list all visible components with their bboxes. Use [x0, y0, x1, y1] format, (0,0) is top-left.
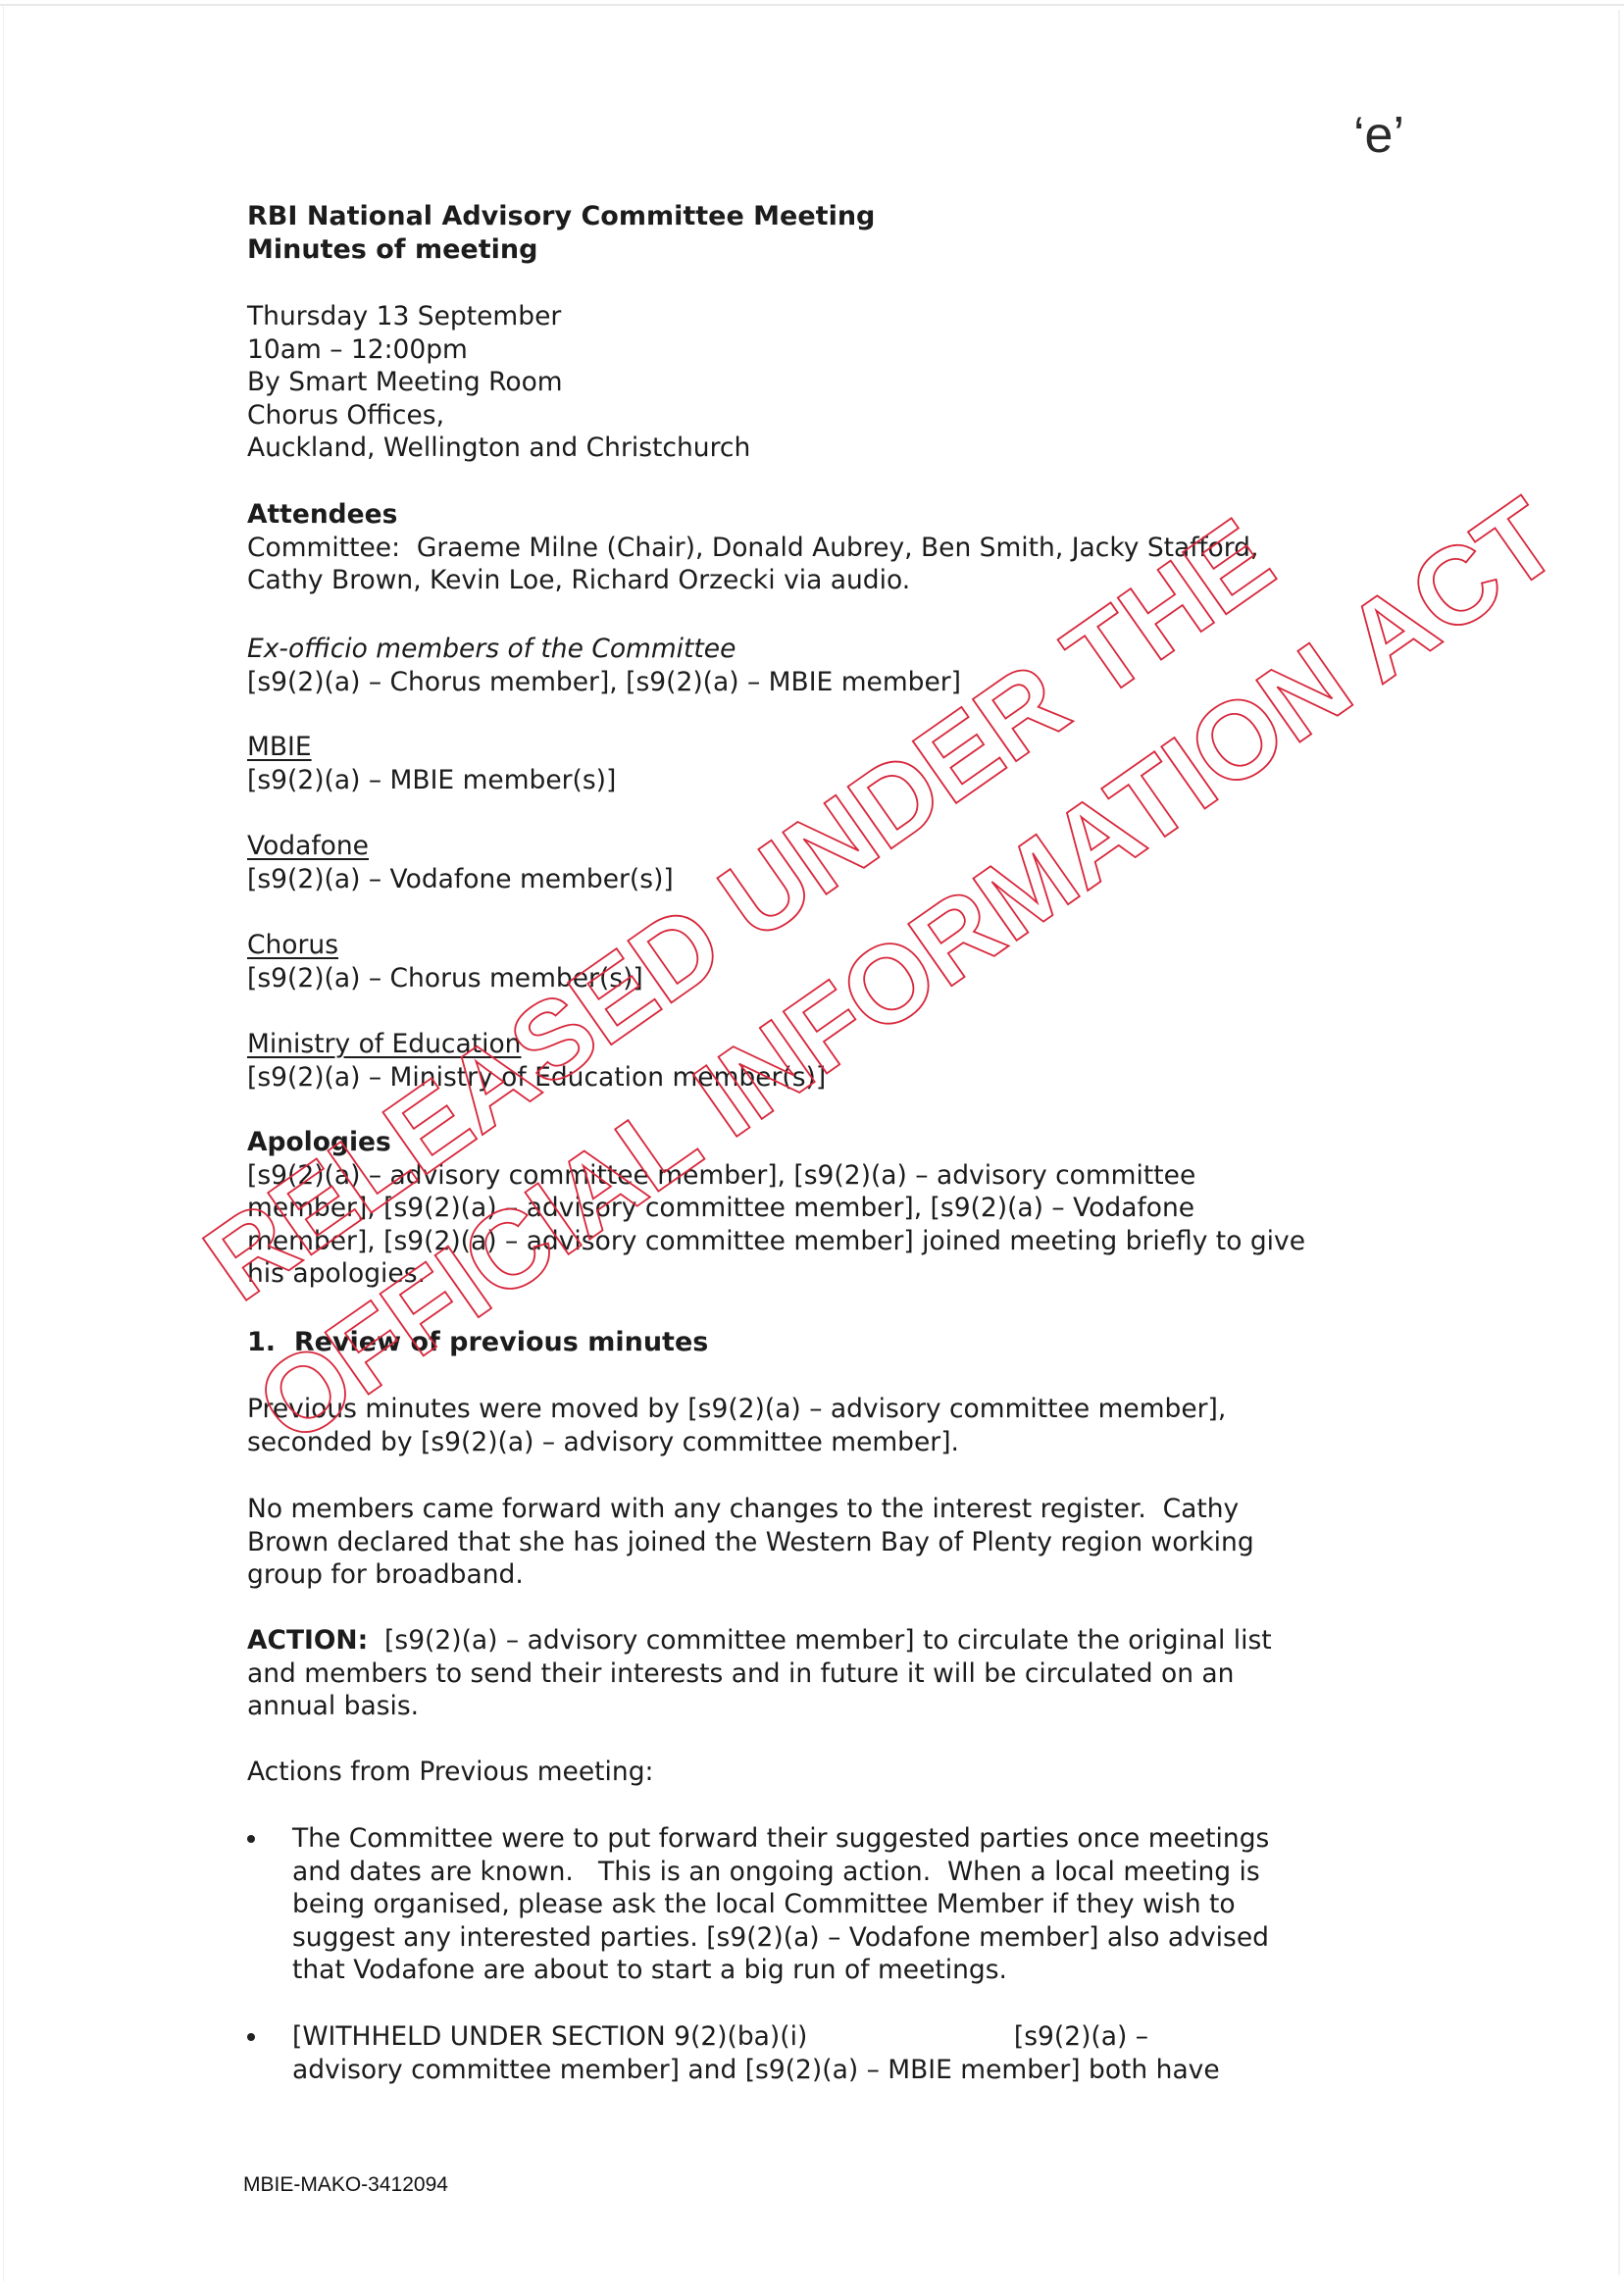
group-value: [s9(2)(a) – MBIE member(s)]: [247, 764, 616, 797]
document-header: RBI National Advisory Committee Meeting …: [247, 200, 875, 266]
apologies-section: Apologies [s9(2)(a) – advisory committee…: [247, 1126, 1305, 1291]
paragraph-line: Previous minutes were moved by [s9(2)(a)…: [247, 1393, 1226, 1426]
bullet-line: that Vodafone are about to start a big r…: [292, 1954, 1269, 1987]
action-text: [s9(2)(a) – advisory committee member] t…: [368, 1625, 1272, 1656]
ex-officio-section: Ex-officio members of the Committee [s9(…: [247, 633, 961, 698]
scan-border-right: [1618, 10, 1620, 2275]
actions-previous-label-block: Actions from Previous meeting:: [247, 1756, 653, 1789]
attendees-section: Attendees Committee: Graeme Milne (Chair…: [247, 498, 1258, 597]
scan-border-left: [3, 6, 4, 2281]
bullet-line: suggest any interested parties. [s9(2)(a…: [292, 1921, 1269, 1955]
action-text: annual basis.: [247, 1690, 1272, 1723]
committee-line: Cathy Brown, Kevin Loe, Richard Orzecki …: [247, 564, 1258, 597]
group-value: [s9(2)(a) – Vodafone member(s)]: [247, 863, 674, 896]
interest-register-paragraph: No members came forward with any changes…: [247, 1493, 1254, 1592]
paragraph-line: seconded by [s9(2)(a) – advisory committ…: [247, 1426, 1226, 1459]
appendix-mark: ‘e’: [1353, 106, 1404, 165]
group-label: Ministry of Education: [247, 1028, 826, 1061]
apologies-heading: Apologies: [247, 1126, 1305, 1159]
bullet-line: advisory committee member] and [s9(2)(a)…: [292, 2054, 1220, 2087]
attendees-heading: Attendees: [247, 498, 1258, 532]
bullet-line: The Committee were to put forward their …: [292, 1822, 1269, 1856]
apologies-line: [s9(2)(a) – advisory committee member], …: [247, 1159, 1305, 1193]
group-label: MBIE: [247, 731, 616, 764]
group-vodafone: Vodafone [s9(2)(a) – Vodafone member(s)]: [247, 830, 674, 895]
bullet-line: [WITHHELD UNDER SECTION 9(2)(ba)(i) [s9(…: [292, 2020, 1220, 2054]
meeting-date: Thursday 13 September: [247, 300, 750, 333]
section-1-heading: 1. Review of previous minutes: [247, 1326, 708, 1359]
meeting-offices: Chorus Offices,: [247, 399, 750, 433]
paragraph-line: group for broadband.: [247, 1558, 1254, 1592]
group-mbie: MBIE [s9(2)(a) – MBIE member(s)]: [247, 731, 616, 796]
paragraph-line: No members came forward with any changes…: [247, 1493, 1254, 1526]
ex-officio-label: Ex-officio members of the Committee: [247, 633, 961, 666]
meeting-venue: By Smart Meeting Room: [247, 366, 750, 399]
previous-minutes-paragraph: Previous minutes were moved by [s9(2)(a)…: [247, 1393, 1226, 1458]
bullet-line: being organised, please ask the local Co…: [292, 1888, 1269, 1921]
group-value: [s9(2)(a) – Chorus member(s)]: [247, 962, 643, 995]
meeting-time: 10am – 12:00pm: [247, 333, 750, 367]
scan-border-top: [0, 4, 1624, 6]
document-subtitle: Minutes of meeting: [247, 233, 875, 267]
paragraph-line: Brown declared that she has joined the W…: [247, 1526, 1254, 1559]
group-label: Vodafone: [247, 830, 674, 863]
actions-previous-label: Actions from Previous meeting:: [247, 1756, 653, 1789]
group-ministry-of-education: Ministry of Education [s9(2)(a) – Minist…: [247, 1028, 826, 1094]
action-text: and members to send their interests and …: [247, 1657, 1272, 1691]
group-chorus: Chorus [s9(2)(a) – Chorus member(s)]: [247, 929, 643, 994]
apologies-line: member], [s9(2)(a) – advisory committee …: [247, 1192, 1305, 1225]
action-item: ACTION: [s9(2)(a) – advisory committee m…: [247, 1624, 1272, 1723]
ex-officio-value: [s9(2)(a) – Chorus member], [s9(2)(a) – …: [247, 666, 961, 699]
meeting-locations: Auckland, Wellington and Christchurch: [247, 432, 750, 465]
group-label: Chorus: [247, 929, 643, 962]
action-label: ACTION:: [247, 1625, 368, 1656]
committee-line: Committee: Graeme Milne (Chair), Donald …: [247, 532, 1258, 565]
meeting-details: Thursday 13 September 10am – 12:00pm By …: [247, 300, 750, 465]
section-heading: 1. Review of previous minutes: [247, 1326, 708, 1359]
apologies-line: his apologies.: [247, 1257, 1305, 1291]
bullet-line: and dates are known. This is an ongoing …: [292, 1856, 1269, 1889]
document-title: RBI National Advisory Committee Meeting: [247, 200, 875, 233]
group-value: [s9(2)(a) – Ministry of Education member…: [247, 1061, 826, 1095]
document-reference: MBIE-MAKO-3412094: [243, 2173, 448, 2197]
apologies-line: member], [s9(2)(a) – advisory committee …: [247, 1225, 1305, 1258]
